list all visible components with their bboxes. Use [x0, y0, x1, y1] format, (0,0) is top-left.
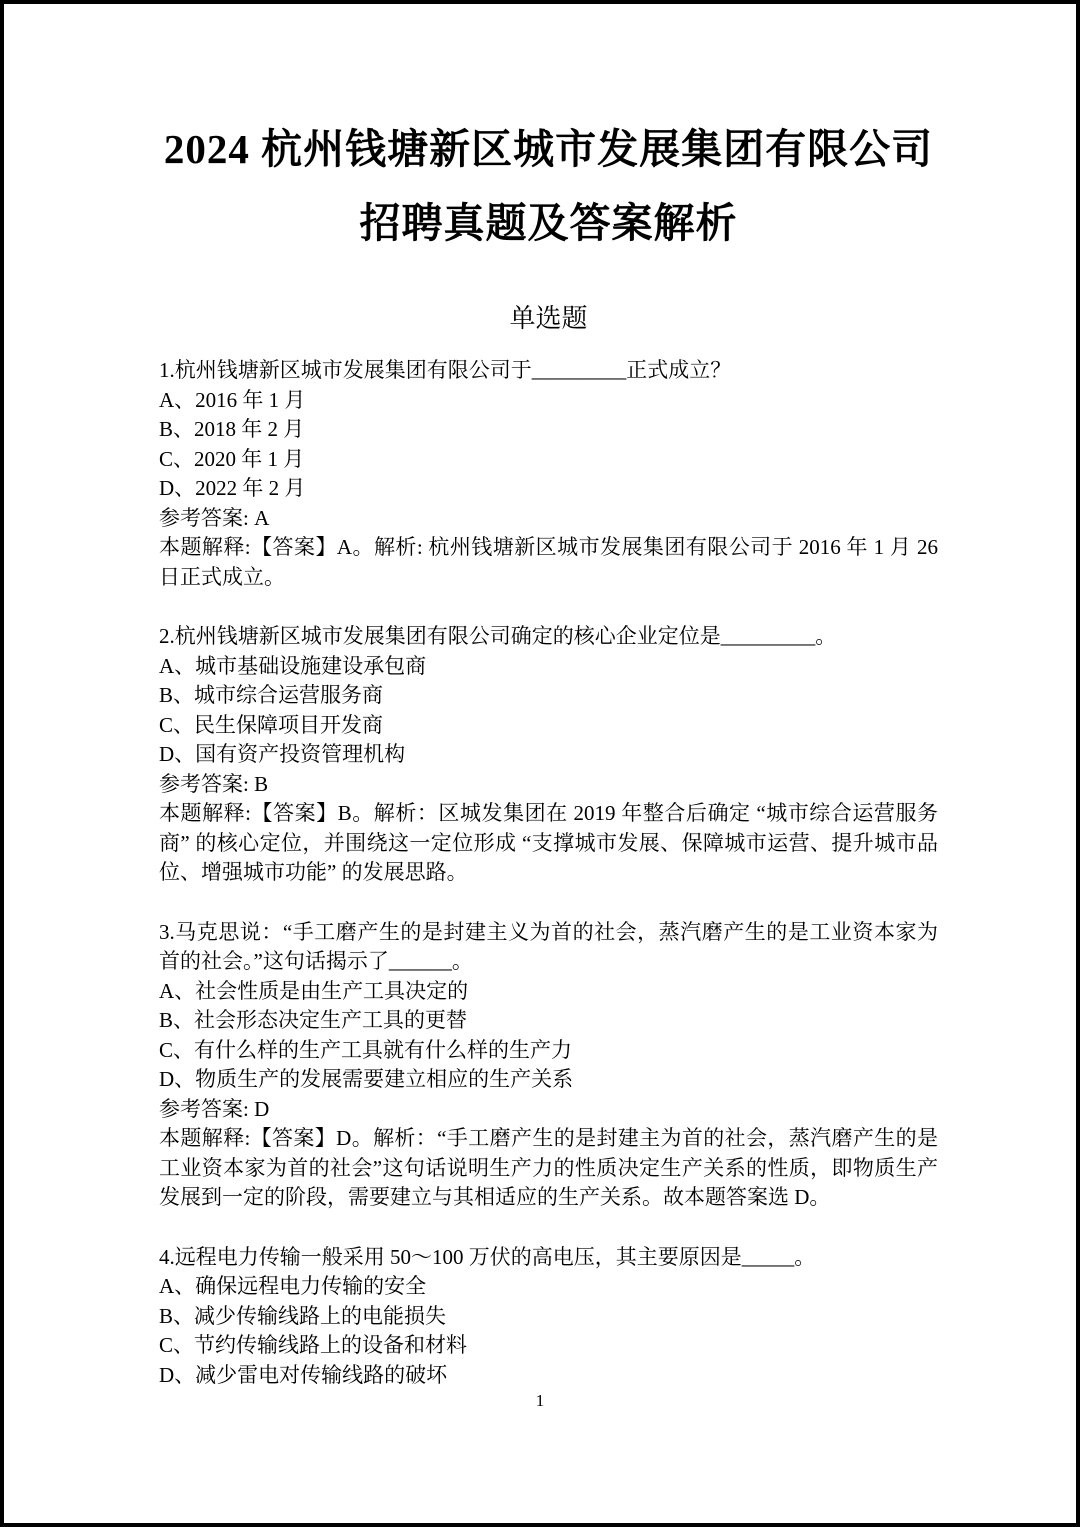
questions-list: 1.杭州钱塘新区城市发展集团有限公司于_________正式成立？ A、2016…	[159, 356, 938, 1390]
question-options: A、确保远程电力传输的安全B、减少传输线路上的电能损失C、节约传输线路上的设备和…	[159, 1272, 938, 1390]
document-title-line2: 招聘真题及答案解析	[360, 200, 738, 246]
question-option: B、2018 年 2 月	[159, 415, 938, 445]
question-option: B、社会形态决定生产工具的更替	[159, 1006, 938, 1036]
question-stem: 2.杭州钱塘新区城市发展集团有限公司确定的核心企业定位是_________。	[159, 622, 938, 652]
question-option: D、减少雷电对传输线路的破坏	[159, 1361, 938, 1391]
question-explanation: 本题解释:【答案】D。解析：“手工磨产生的是封建主为首的社会，蒸汽磨产生的是工业…	[159, 1124, 938, 1213]
section-heading-single-choice: 单选题	[159, 304, 938, 334]
question-option: C、节约传输线路上的设备和材料	[159, 1331, 938, 1361]
question-block: 2.杭州钱塘新区城市发展集团有限公司确定的核心企业定位是_________。 A…	[159, 622, 938, 888]
question-block: 3.马克思说：“手工磨产生的是封建主义为首的社会，蒸汽磨产生的是工业资本家为首的…	[159, 918, 938, 1213]
question-stem: 3.马克思说：“手工磨产生的是封建主义为首的社会，蒸汽磨产生的是工业资本家为首的…	[159, 918, 938, 977]
reference-answer: 参考答案: A	[159, 504, 938, 534]
document-title: 2024 杭州钱塘新区城市发展集团有限公司 招聘真题及答案解析	[159, 112, 938, 260]
question-options: A、2016 年 1 月B、2018 年 2 月C、2020 年 1 月D、20…	[159, 386, 938, 504]
page-number: 1	[4, 1391, 1076, 1411]
reference-answer: 参考答案: D	[159, 1095, 938, 1125]
question-stem: 1.杭州钱塘新区城市发展集团有限公司于_________正式成立？	[159, 356, 938, 386]
question-explanation: 本题解释:【答案】B。解析：区城发集团在 2019 年整合后确定 “城市综合运营…	[159, 799, 938, 888]
question-options: A、社会性质是由生产工具决定的B、社会形态决定生产工具的更替C、有什么样的生产工…	[159, 977, 938, 1095]
reference-answer: 参考答案: B	[159, 770, 938, 800]
document-title-line1: 2024 杭州钱塘新区城市发展集团有限公司	[164, 126, 933, 172]
question-options: A、城市基础设施建设承包商B、城市综合运营服务商C、民生保障项目开发商D、国有资…	[159, 652, 938, 770]
question-option: A、城市基础设施建设承包商	[159, 652, 938, 682]
question-option: C、2020 年 1 月	[159, 445, 938, 475]
question-option: D、2022 年 2 月	[159, 474, 938, 504]
document-content: 2024 杭州钱塘新区城市发展集团有限公司 招聘真题及答案解析 单选题 1.杭州…	[4, 4, 1076, 1390]
question-option: C、民生保障项目开发商	[159, 711, 938, 741]
question-block: 4.远程电力传输一般采用 50～100 万伏的高电压，其主要原因是_____。 …	[159, 1243, 938, 1391]
question-explanation: 本题解释:【答案】A。解析: 杭州钱塘新区城市发展集团有限公司于 2016 年 …	[159, 533, 938, 592]
document-page: 2024 杭州钱塘新区城市发展集团有限公司 招聘真题及答案解析 单选题 1.杭州…	[0, 0, 1080, 1527]
question-option: A、确保远程电力传输的安全	[159, 1272, 938, 1302]
question-option: A、社会性质是由生产工具决定的	[159, 977, 938, 1007]
question-option: B、减少传输线路上的电能损失	[159, 1302, 938, 1332]
question-option: D、国有资产投资管理机构	[159, 740, 938, 770]
question-option: C、有什么样的生产工具就有什么样的生产力	[159, 1036, 938, 1066]
question-option: B、城市综合运营服务商	[159, 681, 938, 711]
question-block: 1.杭州钱塘新区城市发展集团有限公司于_________正式成立？ A、2016…	[159, 356, 938, 592]
question-option: D、物质生产的发展需要建立相应的生产关系	[159, 1065, 938, 1095]
question-stem: 4.远程电力传输一般采用 50～100 万伏的高电压，其主要原因是_____。	[159, 1243, 938, 1273]
question-option: A、2016 年 1 月	[159, 386, 938, 416]
